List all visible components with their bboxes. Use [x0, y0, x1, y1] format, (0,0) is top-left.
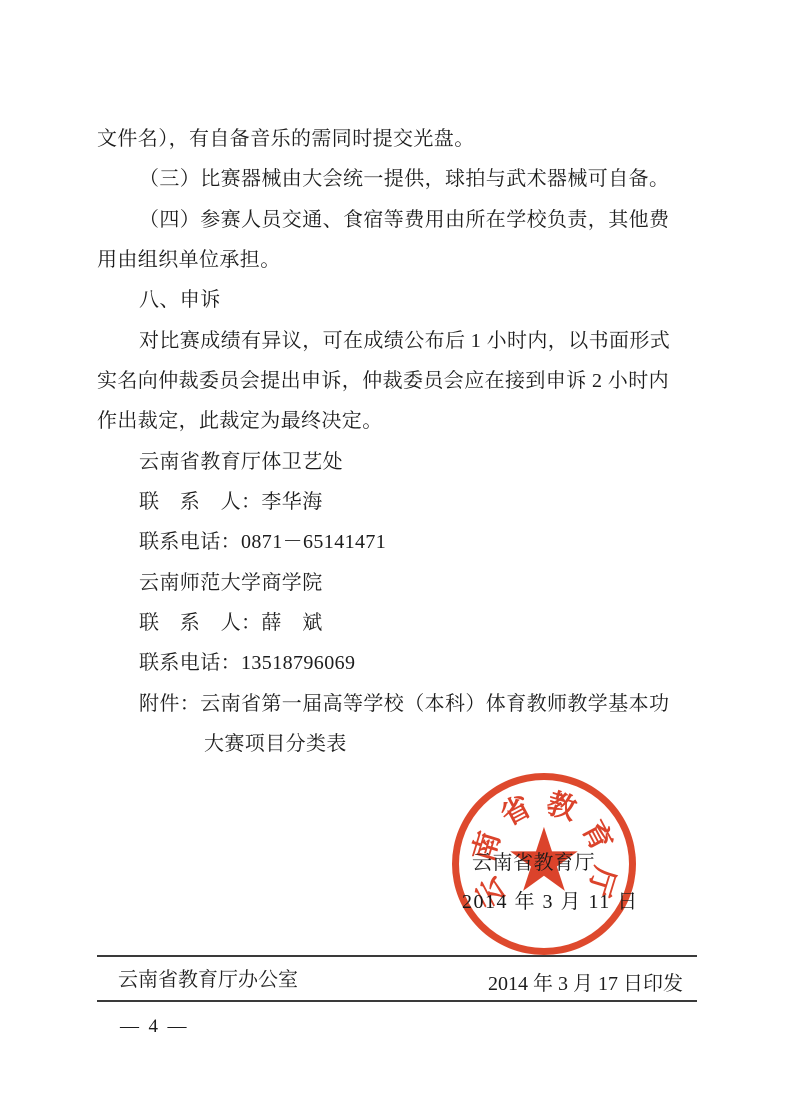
text-line: 实名向仲裁委员会提出申诉，仲裁委员会应在接到申诉 2 小时内: [97, 370, 669, 392]
text-line: 云南省教育厅体卫艺处: [139, 451, 343, 473]
signature-agency: 云南省教育厅: [472, 852, 595, 874]
text-line: 文件名），有自备音乐的需同时提交光盘。: [97, 128, 475, 150]
text-line: 对比赛成绩有异议，可在成绩公布后 1 小时内，以书面形式: [139, 330, 670, 352]
signature-date: 2014 年 3 月 11 日: [462, 891, 639, 913]
document-page: 文件名），有自备音乐的需同时提交光盘。（三）比赛器械由大会统一提供，球拍与武术器…: [0, 0, 792, 1112]
footer-rule-bottom: [97, 1000, 697, 1002]
text-line: 作出裁定，此裁定为最终决定。: [97, 410, 383, 432]
text-line: 用由组织单位承担。: [97, 249, 281, 271]
text-line: （三）比赛器械由大会统一提供，球拍与武术器械可自备。: [139, 168, 669, 190]
text-line: 联系电话：13518796069: [139, 652, 355, 674]
footer-office: 云南省教育厅办公室: [118, 969, 298, 991]
text-line: 联 系 人：李华海: [139, 491, 323, 513]
footer-rule-top: [97, 955, 697, 957]
text-line: 联系电话：0871－65141471: [139, 531, 386, 553]
page-number: — 4 —: [120, 1016, 187, 1038]
footer-print-date: 2014 年 3 月 17 日印发: [488, 973, 683, 995]
text-line: （四）参赛人员交通、食宿等费用由所在学校负责，其他费: [139, 209, 669, 231]
text-line: 八、申诉: [139, 289, 221, 311]
text-line: 联 系 人：薛 斌: [139, 612, 323, 634]
text-line: 云南师范大学商学院: [139, 572, 323, 594]
text-line: 大赛项目分类表: [204, 733, 347, 755]
text-line: 附件：云南省第一届高等学校（本科）体育教师教学基本功: [139, 693, 669, 715]
